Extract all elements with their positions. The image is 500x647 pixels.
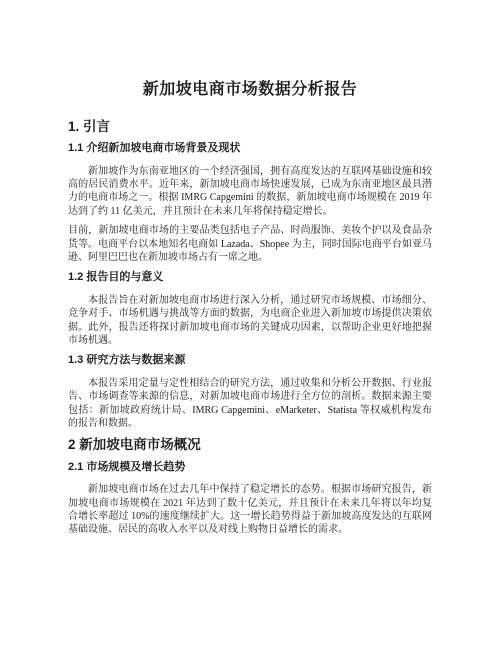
paragraph-background-1: 新加坡作为东南亚地区的一个经济强国，拥有高度发达的互联网基础设施和较高的居民消费… — [68, 165, 432, 219]
heading-2-1-market-size: 2.1 市场规模及增长趋势 — [68, 460, 432, 474]
paragraph-methodology: 本报告采用定量与定性相结合的研究方法，通过收集和分析公开数据、行业报告、市场调查… — [68, 377, 432, 431]
heading-1-intro: 1. 引言 — [68, 118, 432, 136]
document-title: 新加坡电商市场数据分析报告 — [68, 80, 432, 101]
heading-2-market-overview: 2 新加坡电商市场概况 — [68, 436, 432, 454]
document-page: 新加坡电商市场数据分析报告 1. 引言 1.1 介绍新加坡电商市场背景及现状 新… — [0, 0, 500, 647]
paragraph-market-size: 新加坡电商市场在过去几年中保持了稳定增长的态势。根据市场研究报告，新加坡电商市场… — [68, 483, 432, 537]
heading-1-3-methodology: 1.3 研究方法与数据来源 — [68, 353, 432, 367]
paragraph-purpose: 本报告旨在对新加坡电商市场进行深入分析，通过研究市场规模、市场细分、竞争对手、市… — [68, 294, 432, 348]
heading-1-1-background: 1.1 介绍新加坡电商市场背景及现状 — [68, 141, 432, 155]
heading-1-2-purpose: 1.2 报告目的与意义 — [68, 270, 432, 284]
paragraph-background-2: 目前，新加坡电商市场的主要品类包括电子产品、时尚服饰、美妆个护以及食品杂货等。电… — [68, 224, 432, 264]
